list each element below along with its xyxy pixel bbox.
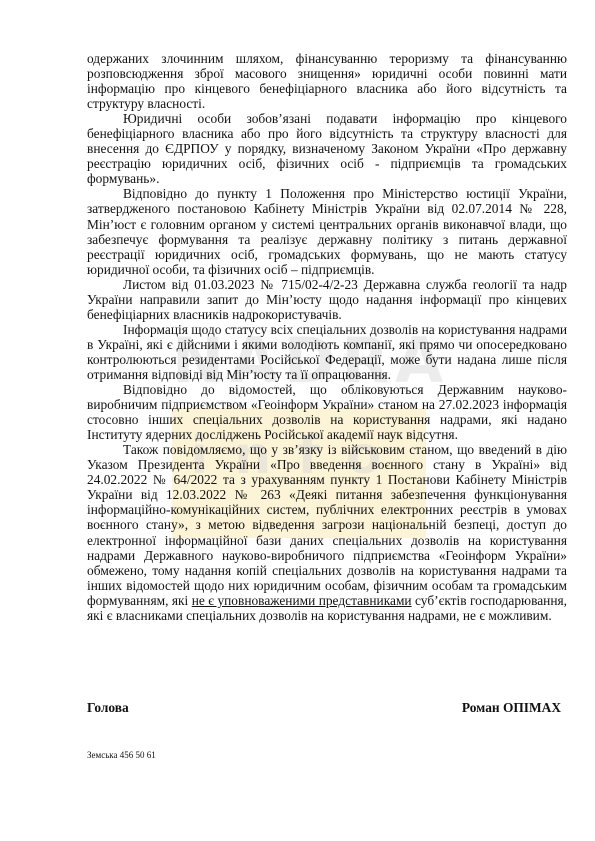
letter-body: одержаних злочинним шляхом, фінансуванню…	[87, 51, 567, 623]
signatory-position: Голова	[87, 700, 129, 716]
paragraph-text: Відповідно до пункту 1 Положення про Мін…	[87, 186, 567, 276]
signature-block: Голова Роман ОПІМАХ	[87, 700, 561, 716]
paragraph-text: Інформація щодо статусу всіх спеціальних…	[87, 322, 567, 382]
paragraph: Відповідно до пункту 1 Положення про Мін…	[87, 186, 567, 276]
paragraph-text: Відповідно до відомостей, що обліковують…	[87, 382, 567, 442]
underlined-text: не є уповноваженими представниками	[192, 593, 412, 608]
paragraph-text: одержаних злочинним шляхом, фінансуванню…	[87, 51, 567, 111]
paragraph: Юридичні особи зобов’язані подавати інфо…	[87, 111, 567, 186]
paragraph-text: Юридичні особи зобов’язані подавати інфо…	[87, 111, 567, 186]
paragraph: Листом від 01.03.2023 № 715/02-4/2-23 Де…	[87, 277, 567, 322]
signatory-name: Роман ОПІМАХ	[462, 700, 561, 716]
paragraph: одержаних злочинним шляхом, фінансуванню…	[87, 51, 567, 111]
paragraph: Інформація щодо статусу всіх спеціальних…	[87, 322, 567, 382]
executor-contact: Земська 456 50 61	[87, 750, 156, 760]
paragraph-text: Листом від 01.03.2023 № 715/02-4/2-23 Де…	[87, 277, 567, 322]
paragraph: Також повідомляємо, що у зв’язку із війс…	[87, 442, 567, 623]
document-page: NADRA info одержаних злочинним шляхом, ф…	[0, 0, 595, 841]
paragraph: Відповідно до відомостей, що обліковують…	[87, 382, 567, 442]
paragraph-text: Також повідомляємо, що у зв’язку із війс…	[87, 442, 567, 607]
